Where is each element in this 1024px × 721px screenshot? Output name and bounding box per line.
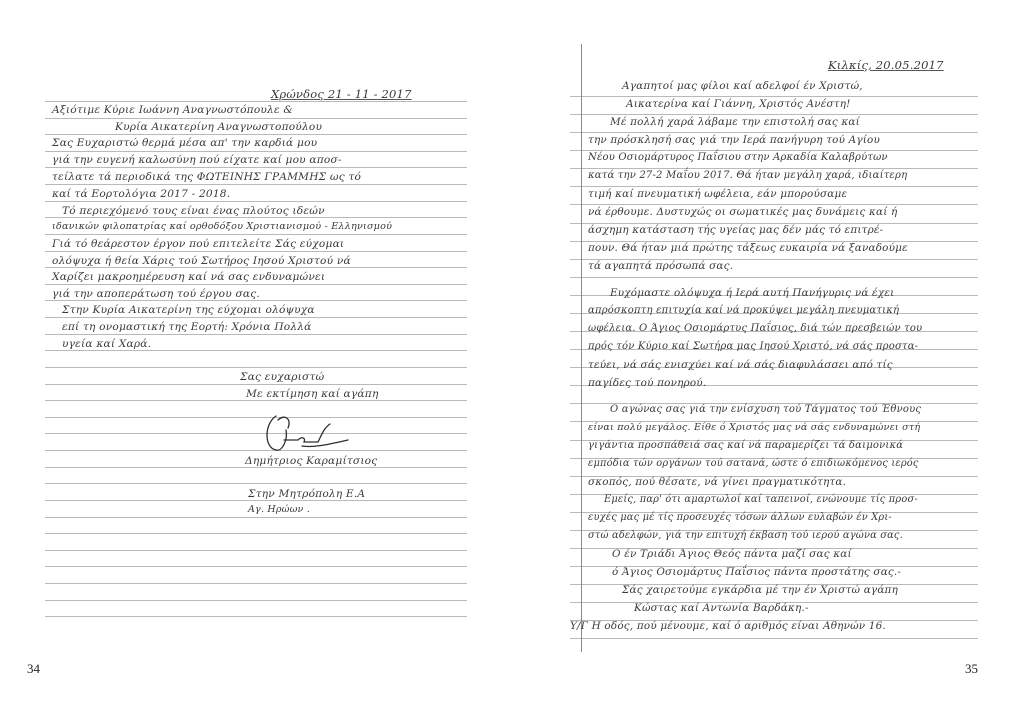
letter-line: ευχές μας μέ τίς προσευχές τόσων άλλων ε… [588, 512, 892, 523]
letter-signers: Κώστας καί Αντωνία Βαρδάκη.- [634, 602, 809, 614]
letter-line: κατά την 27-2 Μαΐου 2017. Θά ήταν μεγάλη… [588, 170, 907, 181]
letter-line: απρόσκοπτη επιτυχία καί νά προκύψει μεγά… [588, 305, 899, 316]
letter-line: τιμή καί πνευματική ωφέλεια, εάν μπορούσ… [588, 188, 847, 200]
letter-line: παγίδες τού πονηρού. [588, 377, 706, 389]
page-number: 34 [27, 661, 40, 677]
letter-line: επί τη ονομαστική της Εορτή: Χρόνια Πολλ… [62, 321, 312, 333]
letter-line: Σας Ευχαριστώ θερμά μέσα απ' την καρδιά … [52, 137, 317, 149]
ruled-line [45, 151, 467, 152]
ruled-line [45, 500, 467, 501]
letter-line: Ευχόμαστε ολόψυχα ή Ιερά αυτή Πανήγυρις … [610, 287, 894, 299]
ruled-line [45, 550, 467, 551]
letter-line: ιδανικών φιλοπατρίας καί ορθοδόξου Χριστ… [52, 221, 392, 232]
ruled-line [45, 483, 467, 484]
ruled-line [45, 201, 467, 202]
letter-line: Αγαπητοί μας φίλοι καί αδελφοί έν Χριστώ… [622, 80, 863, 92]
letter-line: νά έρθουμε. Δυστυχώς οι σωματικές μας δυ… [588, 206, 897, 218]
ruled-line [570, 204, 978, 205]
letter-line: στώ αδελφών, γιά την επιτυχή έκβαση τού … [588, 530, 903, 541]
letter-line: εμπόδια τών οργάνων τού σατανά, ώστε ό ε… [588, 458, 919, 469]
letter-line: Ο έν Τριάδι Άγιος Θεός πάντα μαζί σας κα… [612, 548, 852, 560]
letter-line: τείλατε τά περιοδικά της ΦΩΤΕΙΝΗΣ ΓΡΑΜΜΗ… [52, 171, 361, 183]
letter-line: Νέου Οσιομάρτυρος Παΐσιου στην Αρκαδία Κ… [588, 152, 888, 163]
ruled-line [45, 251, 467, 252]
ruled-line [45, 417, 467, 418]
signer-address: Στην Μητρόπολη Ε.Α [248, 488, 365, 500]
letter-line: ωφέλεια. Ο Άγιος Οσιομάρτυς Παΐσιος, διά… [588, 323, 922, 334]
ruled-line [45, 118, 467, 119]
ruled-line [45, 350, 467, 351]
document-spread: Χρώνδος 21 - 11 - 2017 Αξιότιμε Κύριε Ιω… [0, 0, 1024, 721]
ruled-line [45, 334, 467, 335]
letter-line: άσχημη κατάσταση τής υγείας μας δέν μάς … [588, 224, 883, 236]
ruled-line [45, 284, 467, 285]
letter-line: Αξιότιμε Κύριε Ιωάννη Αναγνωστόπουλε & [52, 104, 293, 116]
letter-line: τά αγαπητά πρόσωπά σας. [588, 260, 733, 272]
ruled-line [570, 114, 978, 115]
signer-name: Δημήτριος Καραμίτσιος [245, 455, 377, 467]
ruled-line [45, 317, 467, 318]
letter-line: υγεία καί Χαρά. [62, 338, 151, 350]
ruled-line [45, 433, 467, 434]
margin-line [581, 44, 582, 652]
letter-line: γιά την αποπεράτωση τού έργου σας. [52, 288, 260, 300]
letter-line: ό Άγιος Οσιομάρτυς Παΐσιος πάντα προστάτ… [612, 566, 901, 578]
ruled-line [570, 150, 978, 151]
ruled-line [45, 101, 467, 102]
ruled-line [45, 517, 467, 518]
letter-line: Χαρίζει μακροημέρευση καί νά σας ενδυναμ… [52, 271, 325, 283]
letter-line: πρός τόν Κύριο καί Σωτήρα μας Ιησού Χρισ… [588, 341, 918, 352]
letter-line: σκοπός, πού θέσατε, νά γίνει πραγματικότ… [588, 476, 846, 488]
ruled-line [45, 134, 467, 135]
ruled-line [45, 533, 467, 534]
ruled-line [570, 186, 978, 187]
ruled-line [570, 168, 978, 169]
letter-line: τεύει, νά σάς ενισχύει καί νά σάς διαφυλ… [588, 359, 893, 371]
ruled-line [45, 583, 467, 584]
letter-line: Αικατερίνα καί Γιάννη, Χριστός Ανέστη! [626, 98, 851, 110]
letter-date: Χρώνδος 21 - 11 - 2017 [271, 87, 412, 101]
page-34: Χρώνδος 21 - 11 - 2017 Αξιότιμε Κύριε Ιω… [0, 0, 512, 721]
ruled-line [45, 384, 467, 385]
letter-line: Γιά τό θεάρεστον έργον πού επιτελείτε Σά… [52, 238, 344, 250]
closing-line: Σας ευχαριστώ [240, 371, 324, 383]
letter-line: Κυρία Αικατερίνη Αναγνωστοπούλου [115, 121, 322, 133]
ruled-line [45, 167, 467, 168]
ruled-line [570, 132, 978, 133]
letter-line: Μέ πολλή χαρά λάβαμε την επιστολή σας κα… [610, 116, 860, 128]
letter-line: Σάς χαιρετούμε εγκάρδια μέ την έν Χριστώ… [622, 584, 898, 596]
letter-line: Στην Κυρία Αικατερίνη της εύχομαι ολόψυχ… [62, 304, 315, 316]
ruled-line [45, 450, 467, 451]
ruled-line [570, 638, 978, 639]
page-number: 35 [965, 661, 978, 677]
ruled-line [45, 300, 467, 301]
letter-line: είναι πολύ μεγάλος. Είθε ό Χριστός μας ν… [588, 422, 920, 433]
closing-line: Με εκτίμηση καί αγάπη [246, 388, 379, 400]
ruled-line [45, 367, 467, 368]
letter-line: γιγάντια προσπάθειά σας καί νά παραμερίζ… [588, 440, 903, 451]
ruled-line [45, 267, 467, 268]
signer-address: Αγ. Ηρώων . [248, 504, 310, 515]
letter-line: ολόψυχα ή θεία Χάρις τού Σωτήρος Ιησού Χ… [52, 255, 351, 267]
page-35: Κιλκίς, 20.05.2017 Αγαπητοί μας φίλοι κα… [512, 0, 1024, 721]
letter-line: πουν. Θά ήταν μιά πρώτης τάξεως ευκαιρία… [588, 242, 908, 254]
ruled-line [45, 184, 467, 185]
ruled-line [45, 217, 467, 218]
signature-mark [262, 410, 352, 458]
ruled-line [45, 566, 467, 567]
ruled-line [45, 400, 467, 401]
ruled-line [45, 234, 467, 235]
letter-date: Κιλκίς, 20.05.2017 [828, 58, 944, 72]
letter-line: την πρόσκλησή σας γιά την Ιερά πανήγυρη … [588, 134, 880, 146]
letter-line: Εμείς, παρ' ότι αμαρτωλοί καί ταπεινοί, … [604, 494, 918, 505]
ruled-line [45, 600, 467, 601]
letter-line: γιά την ευγενή καλωσύνη πού είχατε καί μ… [52, 154, 342, 166]
letter-line: καί τά Εορτολόγια 2017 - 2018. [52, 188, 230, 200]
ruled-line [570, 277, 978, 278]
ruled-line [45, 616, 467, 617]
ruled-line [570, 96, 978, 97]
letter-line: Ο αγώνας σας γιά την ενίσχυση τού Τάγματ… [610, 404, 921, 415]
letter-postscript: Υ/Γ Η οδός, πού μένουμε, καί ό αριθμός ε… [570, 620, 886, 632]
letter-line: Τό περιεχόμενό τους είναι ένας πλούτος ι… [62, 205, 325, 217]
ruled-line [45, 467, 467, 468]
